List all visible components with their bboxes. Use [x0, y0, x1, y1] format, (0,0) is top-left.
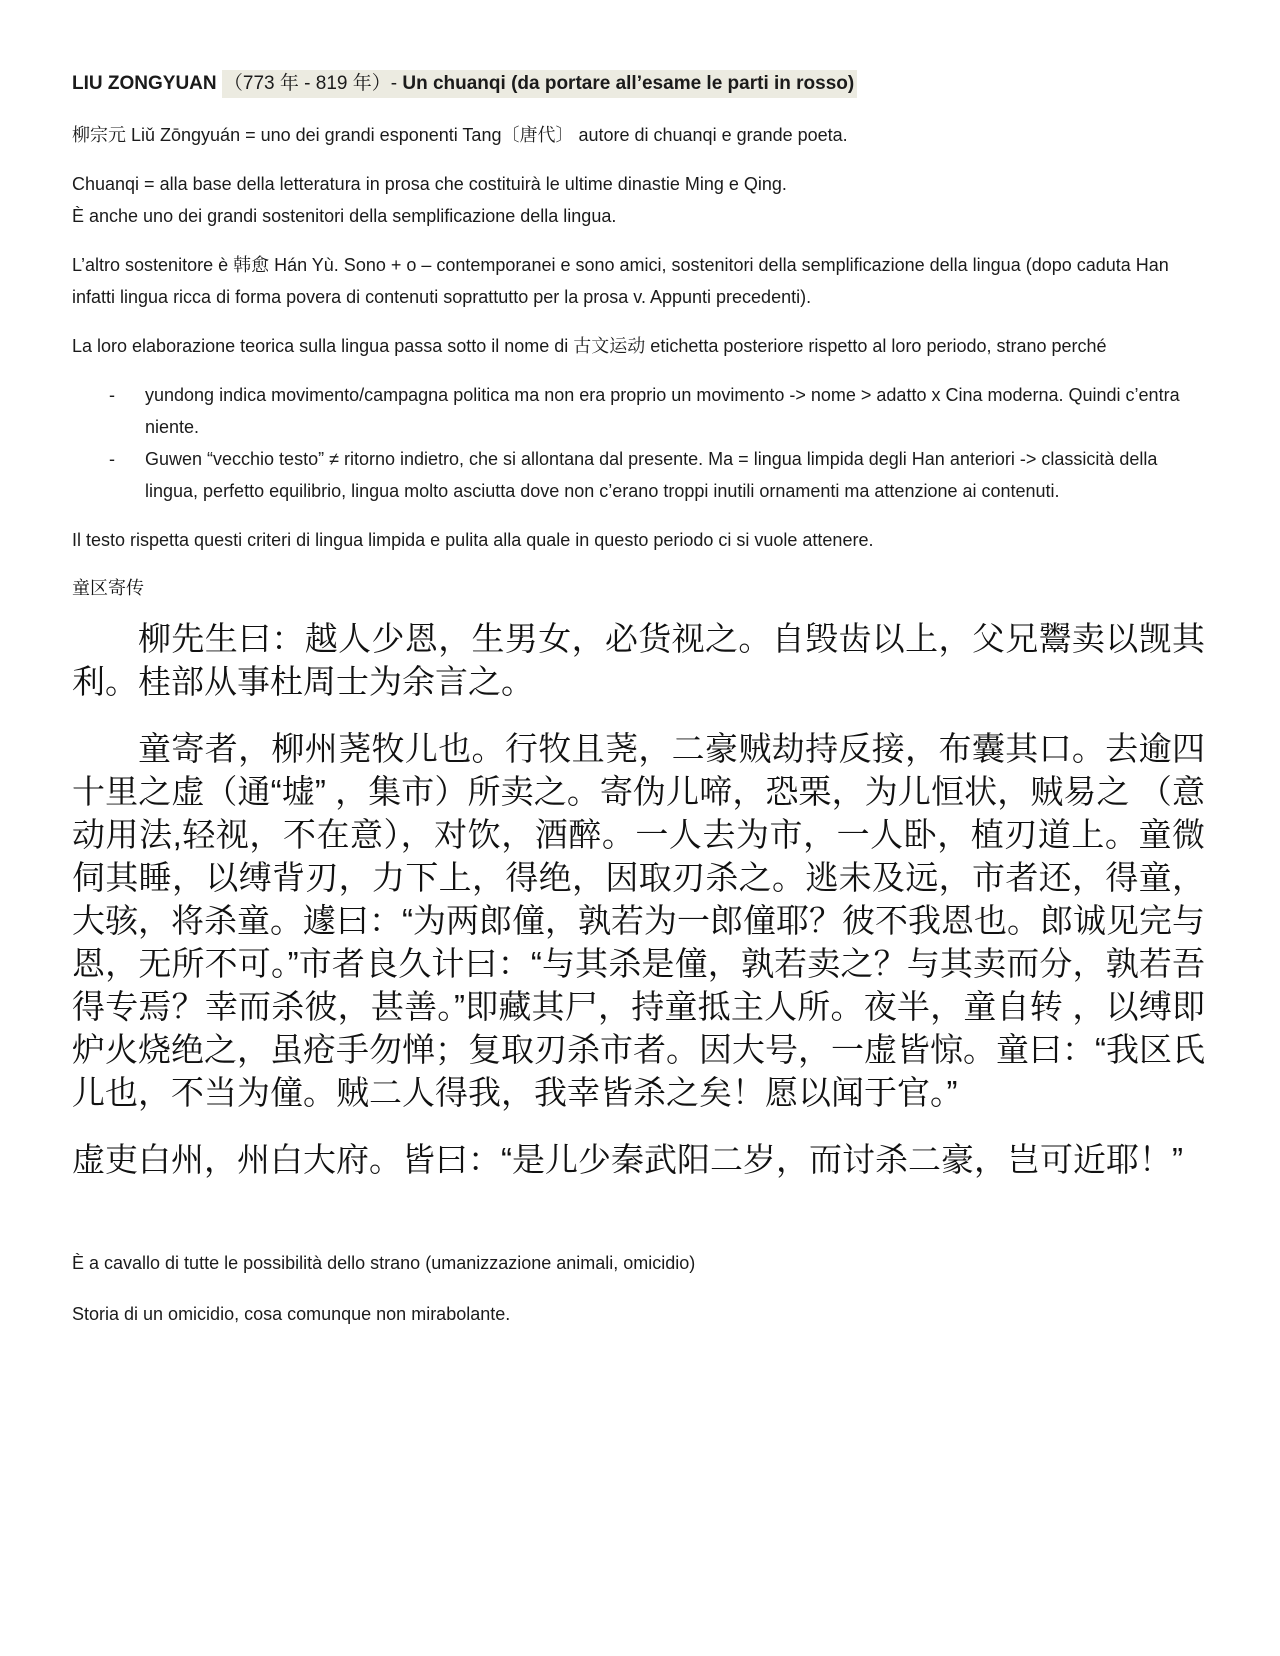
- title-author-name: LIU ZONGYUAN: [72, 73, 217, 94]
- story-paragraph-1: 柳先生曰：越人少恩，生男女，必货视之。自毁齿以上，父兄鬻卖以觊其利。桂部从事杜周…: [72, 617, 1205, 703]
- paragraph-guwen-yundong: La loro elaborazione teorica sulla lingu…: [72, 330, 1205, 362]
- title-highlight: （773 年 - 819 年）- Un chuanqi (da portare …: [222, 70, 857, 98]
- bullet-dash: -: [109, 379, 115, 411]
- paragraph-chuanqi: Chuanqi = alla base della letteratura in…: [72, 168, 1205, 232]
- paragraph-criteria: Il testo rispetta questi criteri di ling…: [72, 524, 1205, 556]
- bullet-list: -yundong indica movimento/campagna polit…: [72, 379, 1205, 507]
- paragraph-han-yu: L’altro sostenitore è 韩愈 Hán Yù. Sono + …: [72, 249, 1205, 313]
- comment-line-1: È a cavallo di tutte le possibilità dell…: [72, 1247, 1205, 1279]
- bullet-item-yundong: -yundong indica movimento/campagna polit…: [145, 379, 1205, 443]
- bullet-item-guwen-text: Guwen “vecchio testo” ≠ ritorno indietro…: [145, 449, 1157, 501]
- document-title: LIU ZONGYUAN （773 年 - 819 年）- Un chuanqi…: [72, 70, 1205, 97]
- title-subtitle: Un chuanqi (da portare all’esame le part…: [402, 73, 854, 94]
- bullet-item-guwen: -Guwen “vecchio testo” ≠ ritorno indietr…: [145, 443, 1205, 507]
- story-chinese-title: 童区寄传: [72, 573, 1205, 603]
- title-dates: （773 年 - 819 年）-: [224, 73, 402, 94]
- story-text-block: 柳先生曰：越人少恩，生男女，必货视之。自毁齿以上，父兄鬻卖以觊其利。桂部从事杜周…: [72, 617, 1205, 1181]
- story-paragraph-3: 虚吏白州，州白大府。皆曰：“是儿少秦武阳二岁，而讨杀二豪，岂可近耶！”: [72, 1138, 1205, 1181]
- bullet-dash: -: [109, 443, 115, 475]
- chuanqi-line-1: Chuanqi = alla base della letteratura in…: [72, 174, 787, 194]
- paragraph-author-intro: 柳宗元 Liǔ Zōngyuán = uno dei grandi espone…: [72, 119, 1205, 151]
- chuanqi-line-2: È anche uno dei grandi sostenitori della…: [72, 206, 616, 226]
- comment-line-2: Storia di un omicidio, cosa comunque non…: [72, 1298, 1205, 1330]
- bullet-item-yundong-text: yundong indica movimento/campagna politi…: [145, 385, 1180, 437]
- document-page: LIU ZONGYUAN （773 年 - 819 年）- Un chuanqi…: [0, 0, 1280, 1656]
- closing-comments: È a cavallo di tutte le possibilità dell…: [72, 1247, 1205, 1330]
- story-paragraph-2: 童寄者，柳州荛牧儿也。行牧且荛，二豪贼劫持反接，布囊其口。去逾四十里之虚（通“墟…: [72, 727, 1205, 1114]
